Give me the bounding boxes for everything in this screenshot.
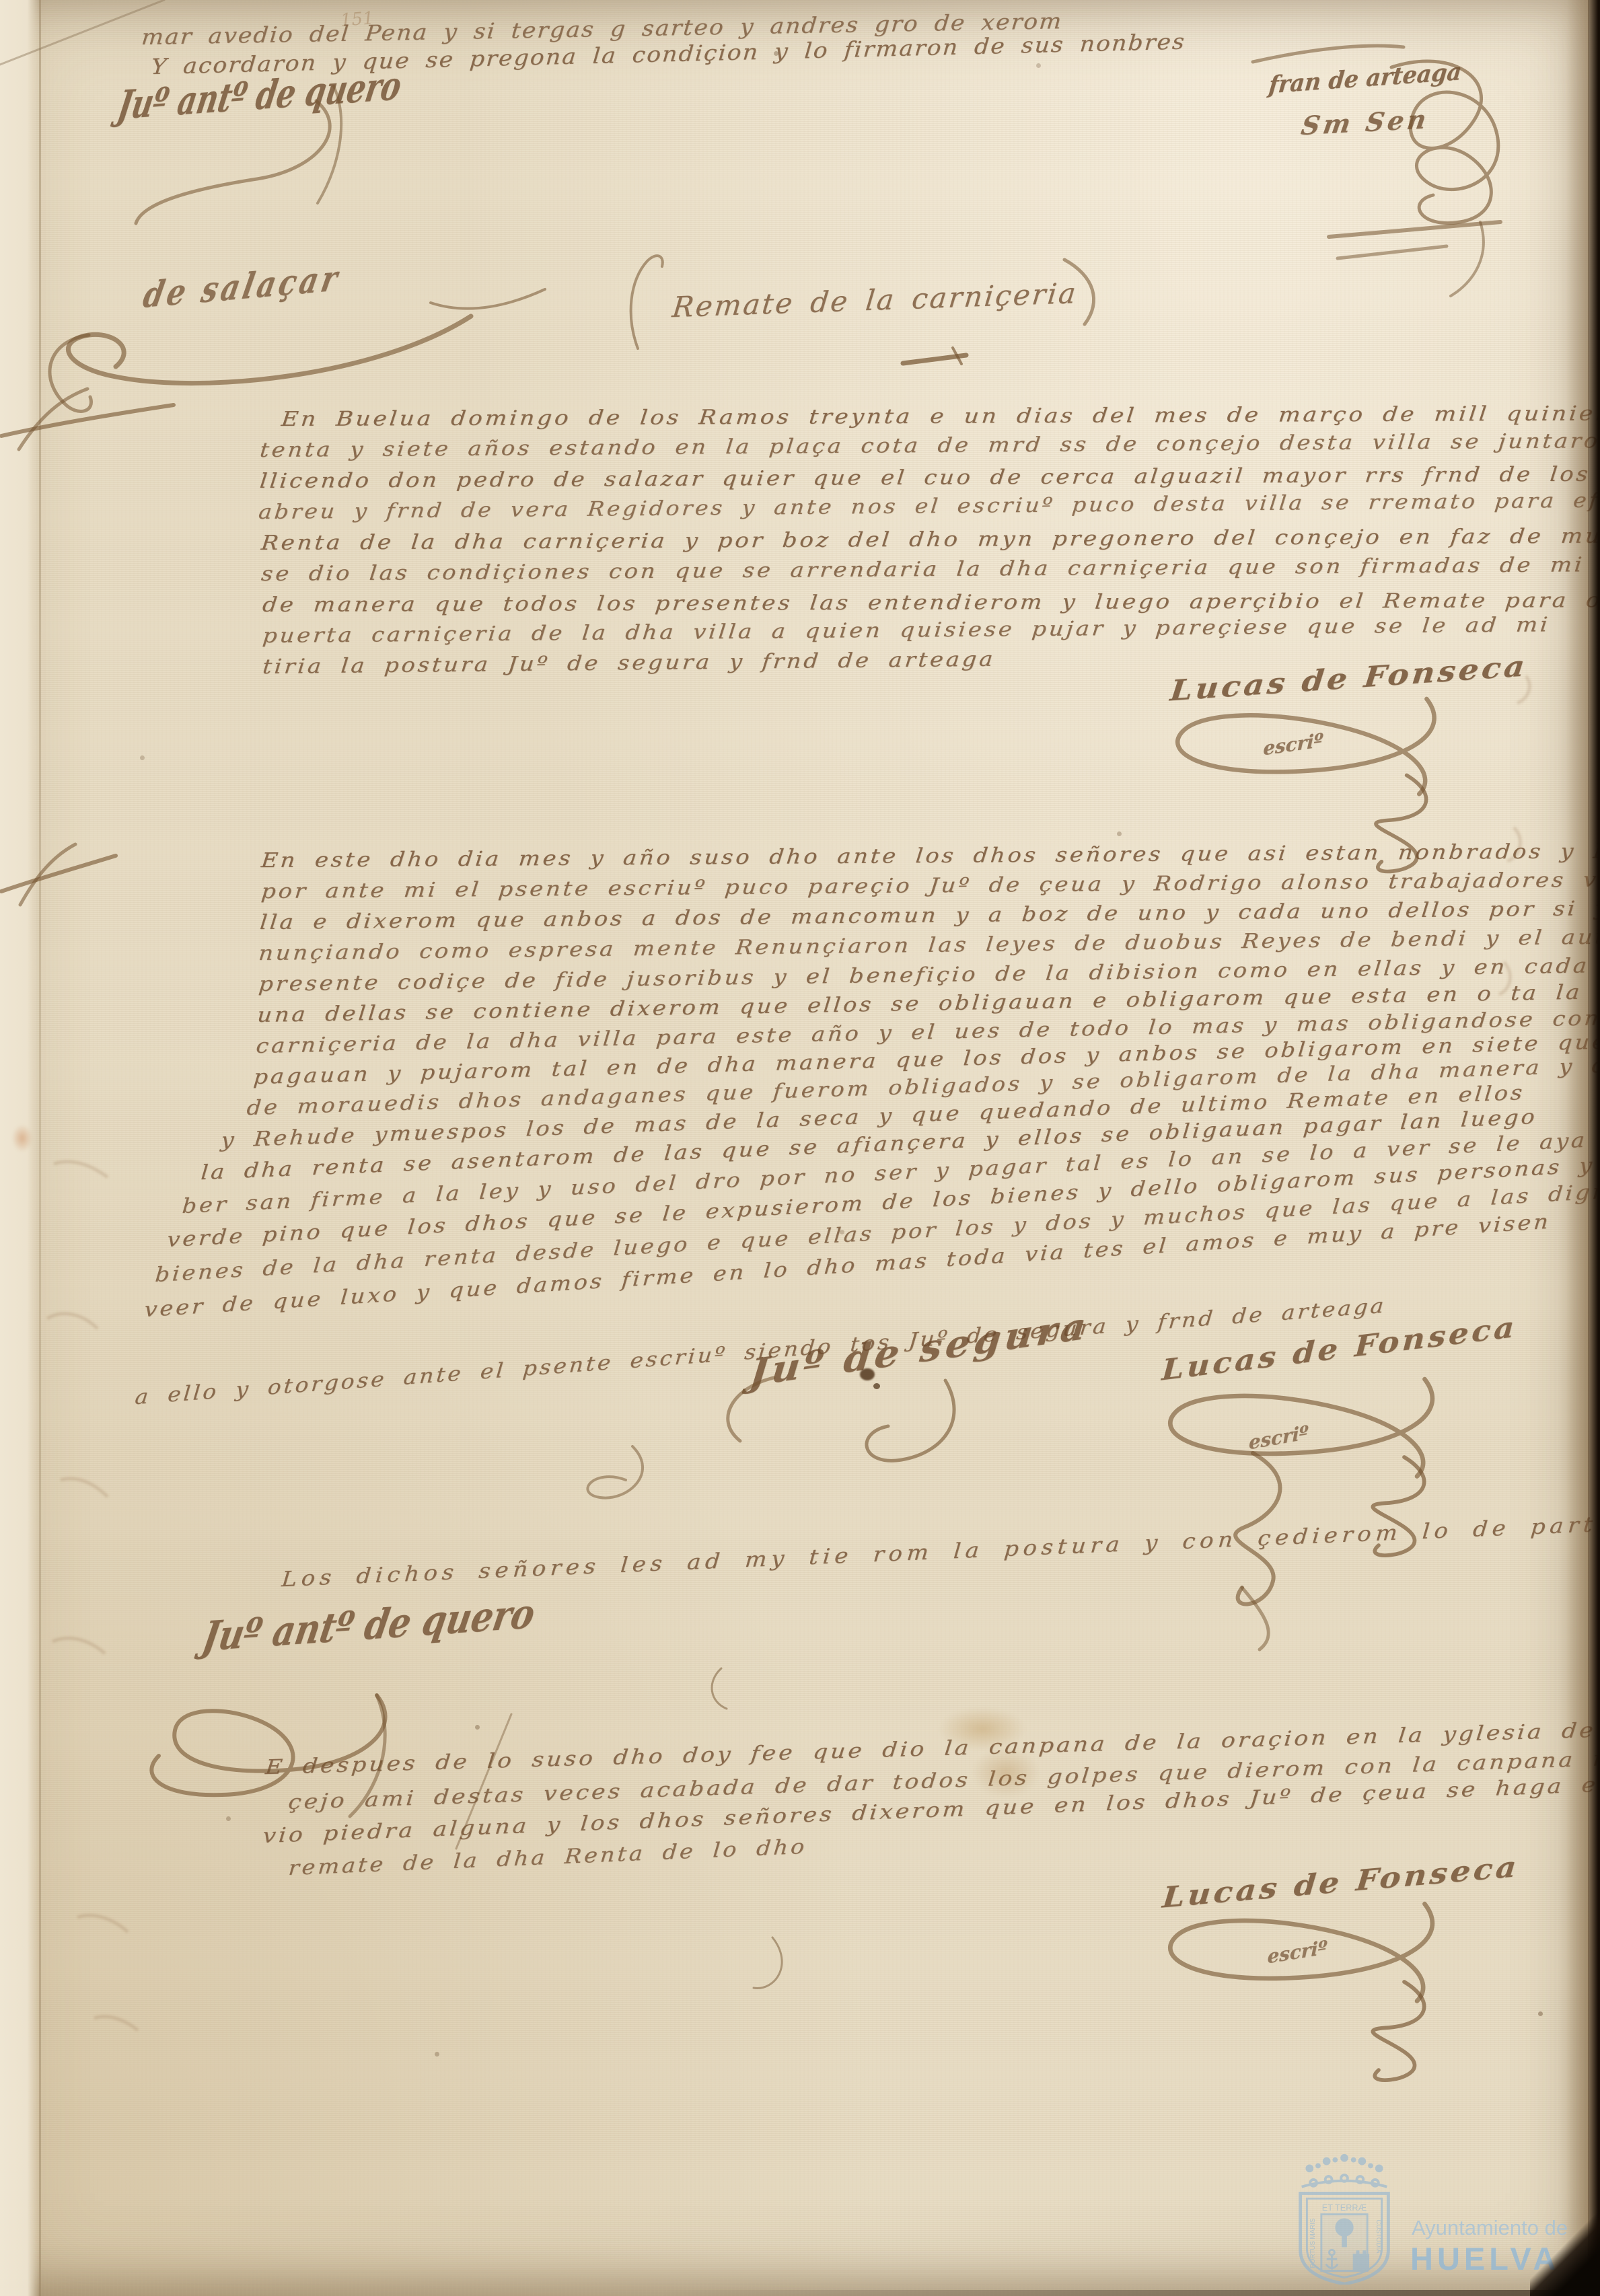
manuscript-scan: 151 mar avedio del Pena y si tergas g sa… — [0, 0, 1600, 2296]
binding-crease — [39, 0, 41, 2296]
crest-motto-right: CUSTODIA — [1375, 2219, 1382, 2254]
corner-shadow — [1530, 2205, 1600, 2296]
scan-bottom-edge — [659, 2290, 1600, 2296]
scan-dark-edge — [1588, 0, 1600, 2296]
huelva-crest-icon: ET TERRÆ PORTUS MARIS CUSTODIA — [1274, 2150, 1415, 2285]
binding-edge — [0, 0, 39, 2296]
crest-motto-left: PORTUS MARIS — [1309, 2218, 1317, 2268]
crest-motto-top: ET TERRÆ — [1322, 2203, 1367, 2213]
scan-edge-shadow — [1566, 0, 1589, 2296]
body-line: de manera que todos los presentes las en… — [261, 588, 1600, 617]
